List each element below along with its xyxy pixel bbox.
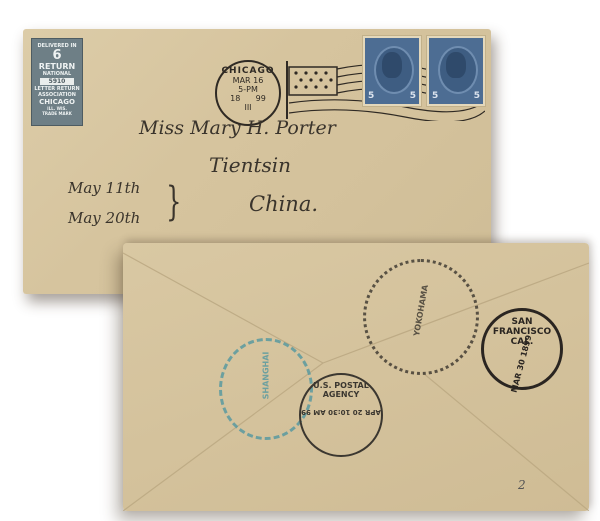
portrait-icon (446, 52, 466, 78)
label-title: RETURN (32, 62, 82, 71)
stamp-value: 5 (432, 91, 438, 101)
return-label: DELIVERED IN 6 RETURN NATIONAL 5910 LETT… (31, 38, 83, 126)
faint-postmark-text: YOKOHAMA (407, 256, 435, 366)
us-postmark-ring: U.S. POSTAL AGENCY (301, 381, 381, 399)
postmark-year: 18 99 (217, 94, 279, 103)
label-trademark: TRADE MARK (32, 111, 82, 116)
note-date-2: May 20th (68, 209, 140, 227)
brace-icon: } (166, 179, 181, 225)
stamp-5-cent-1: 5 5 (363, 36, 421, 106)
label-serial: 5910 (40, 78, 74, 85)
pencil-mark: 2 (518, 478, 526, 492)
label-number: 6 (32, 49, 82, 62)
us-postal-agency-postmark: U.S. POSTAL AGENCY APR 20 10:30 AM 99 (299, 373, 383, 457)
faint-transit-postmark: YOKOHAMA (363, 259, 479, 375)
stamp-value: 5 (368, 91, 374, 101)
san-francisco-postmark: SAN FRANCISCO CAL. MAR 30 1899 (481, 308, 563, 390)
postmark-city: CHICAGO (217, 66, 279, 76)
label-subtitle: NATIONAL (32, 71, 82, 77)
us-postmark-date: APR 20 10:30 AM 99 (301, 407, 381, 416)
postmark-code: III (217, 103, 279, 112)
stamp-5-cent-2: 5 5 (427, 36, 485, 106)
year-left: 18 (230, 94, 240, 103)
address-country: China. (249, 192, 318, 216)
teal-postmark-text: SHANGHAI (262, 332, 271, 420)
label-city: CHICAGO (32, 98, 82, 106)
address-city: Tientsin (209, 153, 291, 177)
stamp-value: 5 (410, 91, 416, 101)
portrait-icon (382, 52, 402, 78)
envelope-back: YOKOHAMA SAN FRANCISCO CAL. MAR 30 1899 … (123, 243, 589, 511)
postmark-time: 5-PM (217, 85, 279, 94)
teal-transit-postmark: SHANGHAI (219, 338, 313, 440)
postmark-date: MAR 16 (217, 76, 279, 85)
address-name: Miss Mary H. Porter (139, 117, 336, 139)
year-right: 99 (256, 94, 266, 103)
note-date-1: May 11th (68, 179, 140, 197)
stamp-value: 5 (474, 91, 480, 101)
